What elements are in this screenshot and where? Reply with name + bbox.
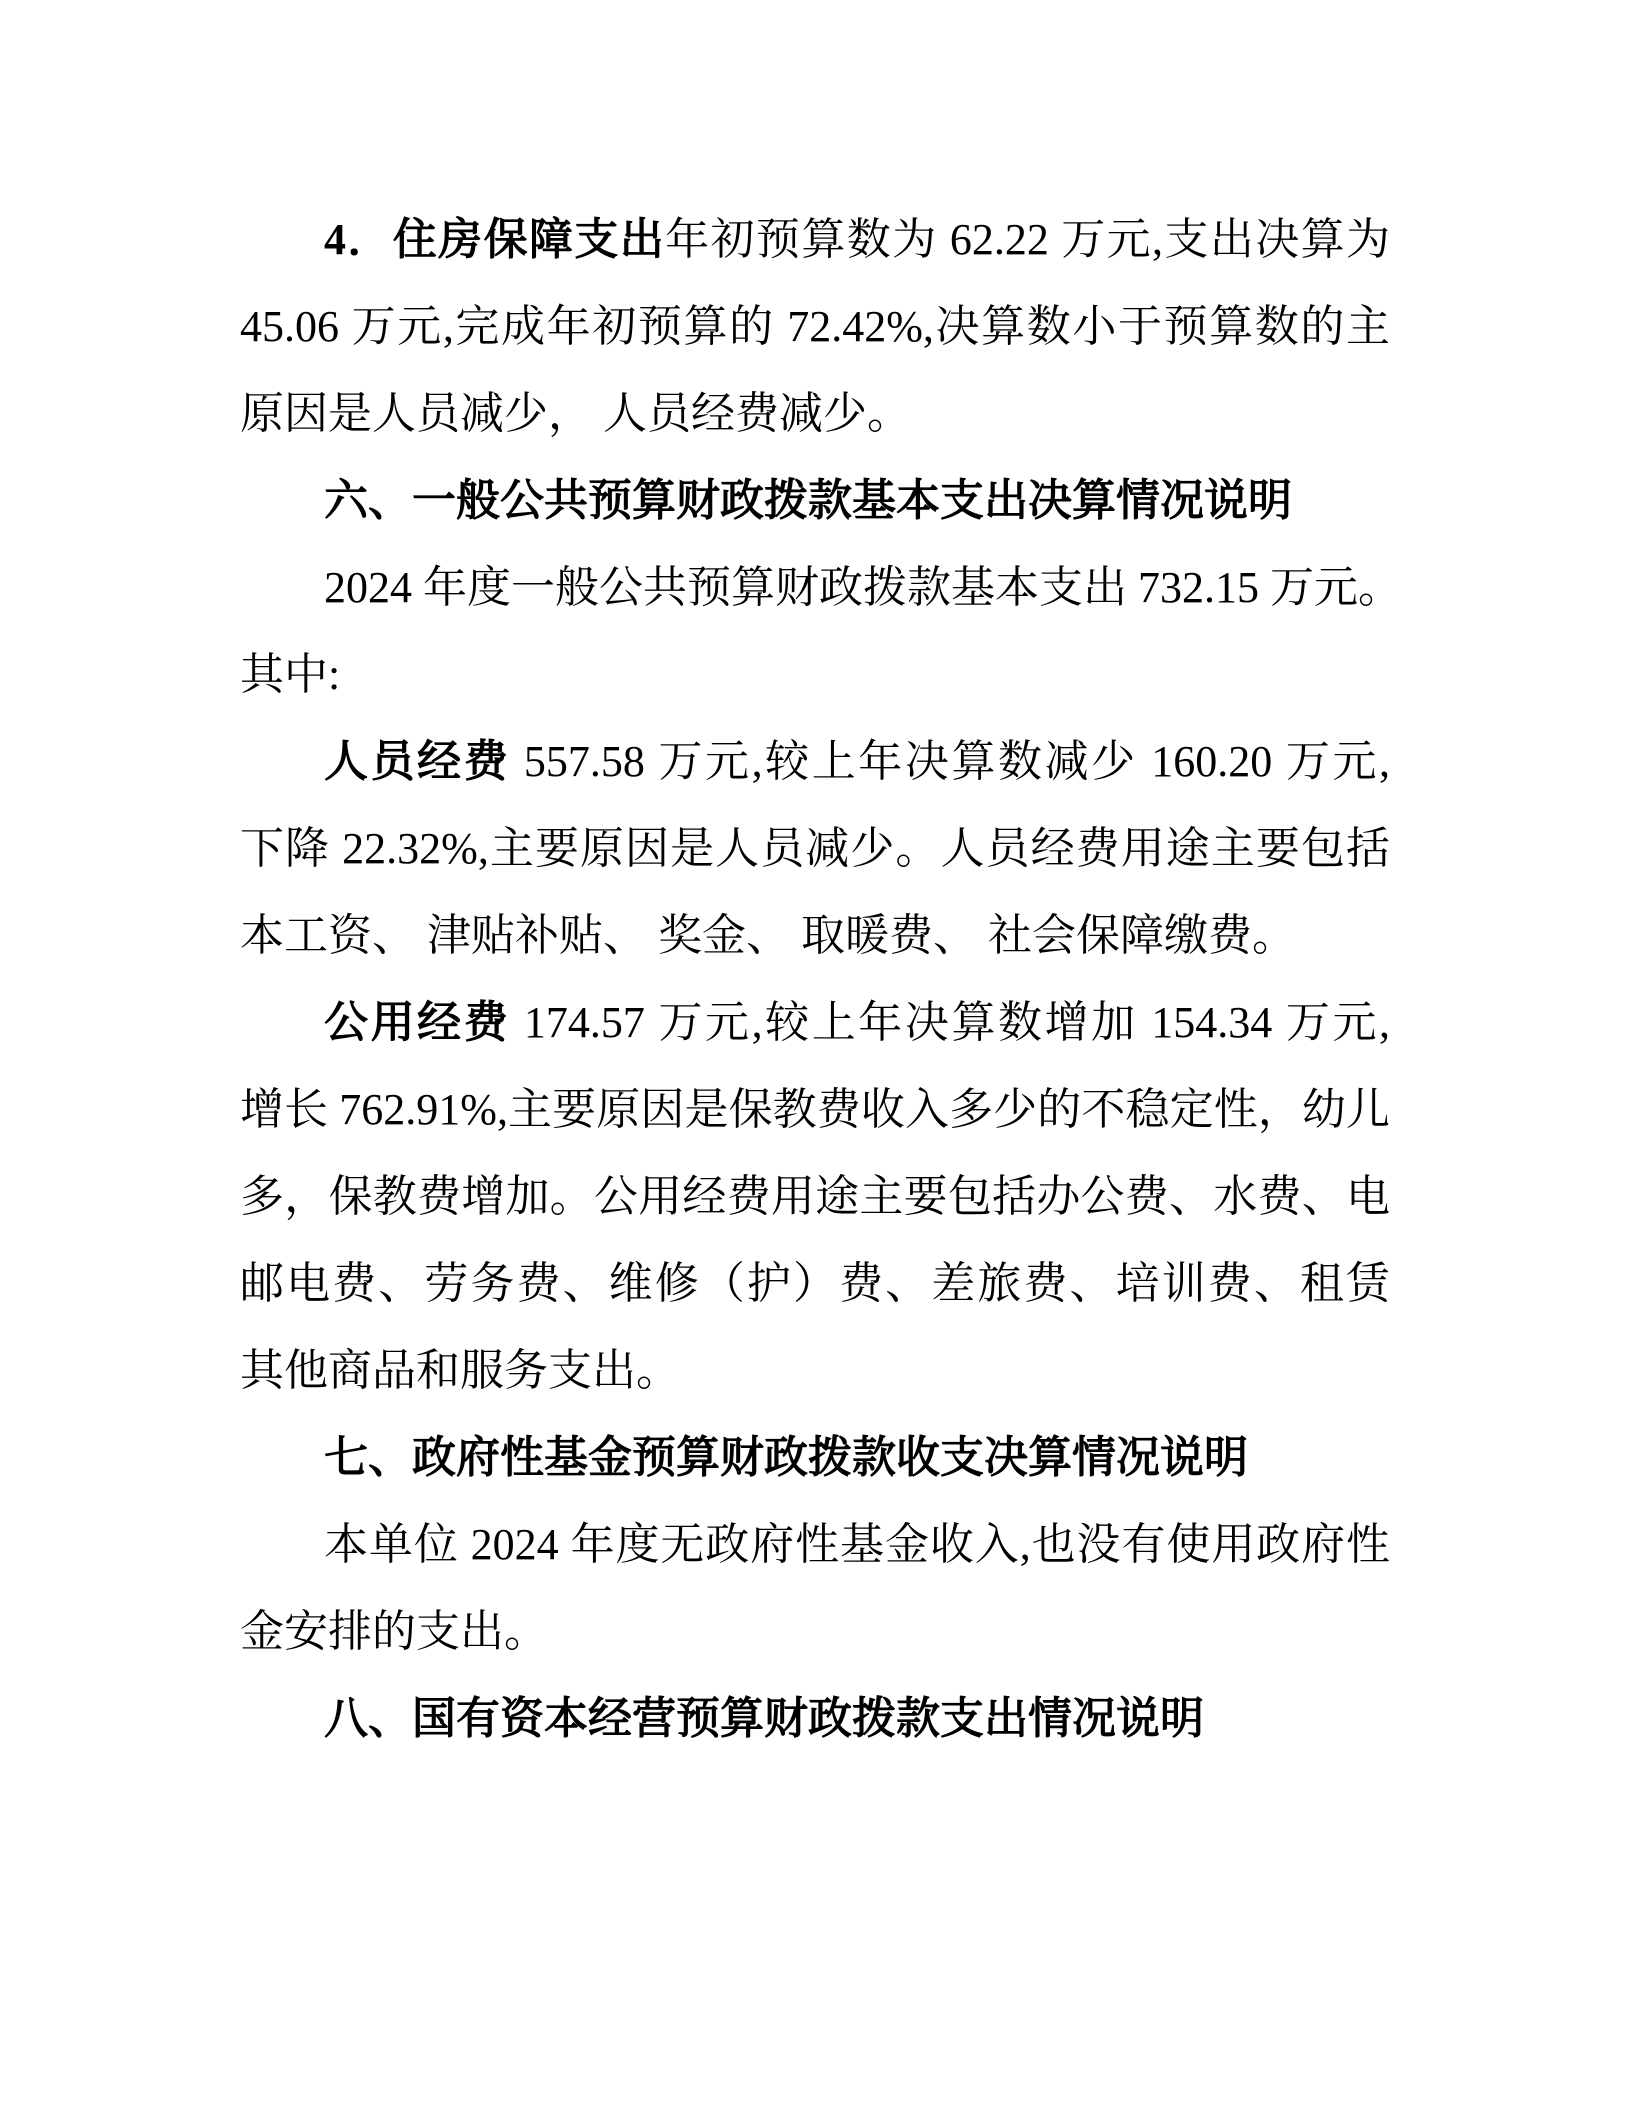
text-line: 本单位 2024 年度无政府性基金收入,也没有使用政府性基 — [240, 1501, 1390, 1588]
body-text: 其他商品和服务支出。 — [240, 1346, 680, 1395]
body-text: 45.06 万元,完成年初预算的 72.42%,决算数小于预算数的主要 — [240, 302, 1390, 370]
section-heading: 八、国有资本经营预算财政拨款支出情况说明 — [240, 1675, 1390, 1762]
body-text: 下降 22.32%,主要原因是人员减少。人员经费用途主要包括基 — [240, 824, 1390, 892]
emphasis-text: 公用经费 — [324, 998, 510, 1047]
body-text: 年初预算数为 62.22 万元,支出决算为 — [665, 215, 1390, 264]
document-body: 4．住房保障支出年初预算数为 62.22 万元,支出决算为45.06 万元,完成… — [240, 196, 1390, 1762]
body-text: 多，保教费增加。公用经费用途主要包括办公费、水费、电费、 — [240, 1172, 1390, 1240]
text-line: 金安排的支出。 — [240, 1588, 1390, 1675]
emphasis-text: 4．住房保障支出 — [324, 215, 665, 264]
text-line: 增长 762.91%,主要原因是保教费收入多少的不稳定性，幼儿增 — [240, 1066, 1390, 1153]
text-line: 多，保教费增加。公用经费用途主要包括办公费、水费、电费、 — [240, 1153, 1390, 1240]
body-text: 2024 年度一般公共预算财政拨款基本支出 732.15 万元。 — [324, 563, 1390, 612]
text-line: 45.06 万元,完成年初预算的 72.42%,决算数小于预算数的主要 — [240, 283, 1390, 370]
text-line: 2024 年度一般公共预算财政拨款基本支出 732.15 万元。 — [240, 544, 1390, 631]
body-text: 其中: — [240, 650, 340, 699]
emphasis-text: 六、一般公共预算财政拨款基本支出决算情况说明 — [324, 476, 1292, 525]
text-line: 公用经费 174.57 万元,较上年决算数增加 154.34 万元, — [240, 979, 1390, 1066]
text-line: 原因是人员减少， 人员经费减少。 — [240, 370, 1390, 457]
body-text: 557.58 万元,较上年决算数减少 160.20 万元, — [510, 737, 1390, 786]
body-text: 本单位 2024 年度无政府性基金收入,也没有使用政府性基 — [240, 1520, 1390, 1588]
body-text: 金安排的支出。 — [240, 1607, 548, 1656]
body-text: 本工资、 津贴补贴、 奖金、 取暖费、 社会保障缴费。 — [240, 911, 1296, 960]
body-text: 原因是人员减少， 人员经费减少。 — [240, 389, 911, 438]
text-line: 下降 22.32%,主要原因是人员减少。人员经费用途主要包括基 — [240, 805, 1390, 892]
emphasis-text: 八、国有资本经营预算财政拨款支出情况说明 — [324, 1694, 1204, 1743]
text-line: 其他商品和服务支出。 — [240, 1327, 1390, 1414]
body-text: 174.57 万元,较上年决算数增加 154.34 万元, — [510, 998, 1390, 1047]
document-page: 4．住房保障支出年初预算数为 62.22 万元,支出决算为45.06 万元,完成… — [0, 0, 1632, 2112]
text-line: 其中: — [240, 631, 1390, 718]
body-text: 增长 762.91%,主要原因是保教费收入多少的不稳定性，幼儿增 — [240, 1085, 1390, 1153]
text-line: 邮电费、劳务费、维修（护）费、差旅费、培训费、租赁费、 — [240, 1240, 1390, 1327]
section-heading: 七、政府性基金预算财政拨款收支决算情况说明 — [240, 1414, 1390, 1501]
section-heading: 六、一般公共预算财政拨款基本支出决算情况说明 — [240, 457, 1390, 544]
text-line: 4．住房保障支出年初预算数为 62.22 万元,支出决算为 — [240, 196, 1390, 283]
body-text: 邮电费、劳务费、维修（护）费、差旅费、培训费、租赁费、 — [240, 1259, 1390, 1327]
emphasis-text: 七、政府性基金预算财政拨款收支决算情况说明 — [324, 1433, 1248, 1482]
text-line: 本工资、 津贴补贴、 奖金、 取暖费、 社会保障缴费。 — [240, 892, 1390, 979]
emphasis-text: 人员经费 — [324, 737, 510, 786]
text-line: 人员经费 557.58 万元,较上年决算数减少 160.20 万元, — [240, 718, 1390, 805]
